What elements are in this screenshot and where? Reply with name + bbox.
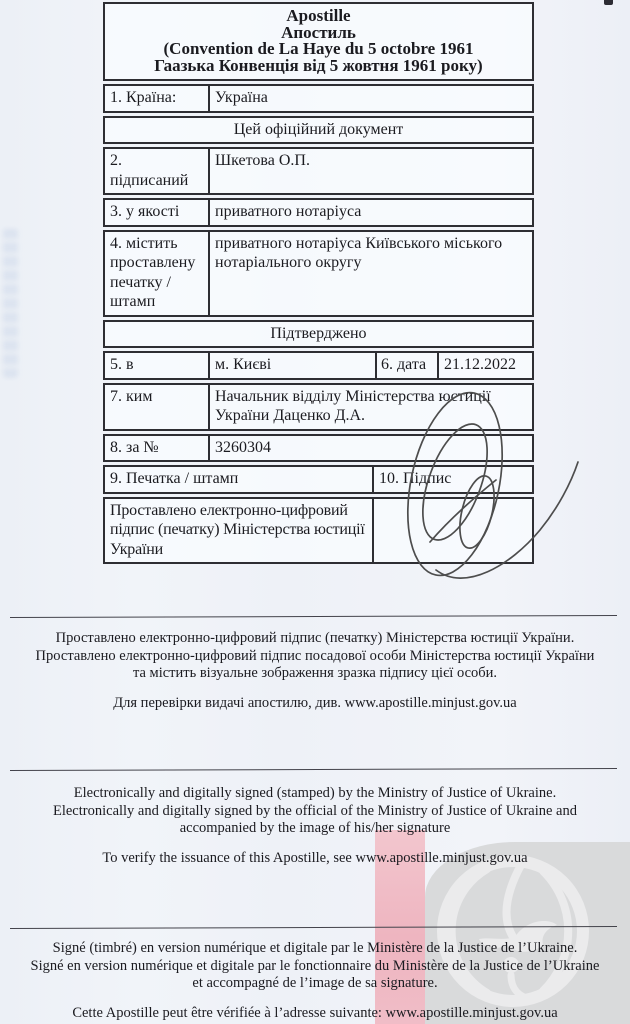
seal-value: приватного нотаріуса Київського міського… bbox=[208, 232, 532, 315]
french-text-block: Signé (timbré) en version numérique et d… bbox=[0, 940, 630, 1022]
row-seal-stamp: 4. містить проставлену печатку / штамп п… bbox=[103, 230, 534, 317]
section-certified: Підтверджено bbox=[103, 320, 534, 349]
fr-line-1: Signé (timbré) en version numérique et d… bbox=[0, 940, 630, 958]
ua-verification-url: Для перевірки видачі апостилю, див. www.… bbox=[0, 695, 630, 713]
row-capacity: 3. у якості приватного нотаріуса bbox=[103, 198, 534, 227]
en-line-3: accompanied by the image of his/her sign… bbox=[0, 820, 630, 838]
en-line-1: Electronically and digitally signed (sta… bbox=[0, 785, 630, 803]
apostille-table-header: Apostille Апостиль (Convention de La Hay… bbox=[103, 2, 534, 81]
seal-label: 4. містить проставлену печатку / штамп bbox=[105, 232, 208, 315]
signed-by-label: 2. підписаний bbox=[105, 149, 208, 193]
english-text-block: Electronically and digitally signed (sta… bbox=[0, 785, 630, 867]
by-label: 7. ким bbox=[105, 385, 208, 429]
en-line-2: Electronically and digitally signed by t… bbox=[0, 803, 630, 821]
stamp-note: Проставлено електронно-цифровий підпис (… bbox=[105, 499, 372, 563]
scanned-apostille-page: Apostille Апостиль (Convention de La Hay… bbox=[0, 0, 630, 1024]
country-value: Україна bbox=[208, 86, 532, 111]
scan-artifact-mark bbox=[604, 0, 613, 5]
row-place-date: 5. в м. Києві 6. дата 21.12.2022 bbox=[103, 351, 534, 380]
at-value: м. Києві bbox=[208, 353, 375, 378]
signature-image bbox=[395, 378, 595, 620]
fr-verification-url: Cette Apostille peut être vérifiée à l’a… bbox=[0, 1005, 630, 1023]
stamp-header: 9. Печатка / штамп bbox=[105, 467, 372, 492]
row-signed-by: 2. підписаний Шкетова О.П. bbox=[103, 147, 534, 195]
section-official-document: Цей офіційний документ bbox=[103, 116, 534, 145]
row-country: 1. Країна: Україна bbox=[103, 84, 534, 113]
ua-line-3: та містить візуальне зображення зразка п… bbox=[0, 665, 630, 683]
date-value: 21.12.2022 bbox=[437, 353, 532, 378]
en-verification-url: To verify the issuance of this Apostille… bbox=[0, 850, 630, 868]
header-line-convention-ua: Гаазька Конвенція від 5 жовтня 1961 року… bbox=[111, 58, 526, 75]
at-label: 5. в bbox=[105, 353, 208, 378]
page-bleed-through-smudge bbox=[3, 228, 18, 378]
fr-line-3: et accompagné de l’image de sa signature… bbox=[0, 975, 630, 993]
ua-line-2: Проставлено електронно-цифровий підпис п… bbox=[0, 648, 630, 666]
fr-line-2: Signé en version numérique et digitale p… bbox=[0, 958, 630, 976]
ukrainian-text-block: Проставлено електронно-цифровий підпис (… bbox=[0, 630, 630, 712]
capacity-value: приватного нотаріуса bbox=[208, 200, 532, 225]
signed-by-value: Шкетова О.П. bbox=[208, 149, 532, 193]
date-label: 6. дата bbox=[375, 353, 437, 378]
ua-line-1: Проставлено електронно-цифровий підпис (… bbox=[0, 630, 630, 648]
number-label: 8. за № bbox=[105, 436, 208, 461]
country-label: 1. Країна: bbox=[105, 86, 208, 111]
capacity-label: 3. у якості bbox=[105, 200, 208, 225]
separator-line-2 bbox=[10, 768, 617, 771]
